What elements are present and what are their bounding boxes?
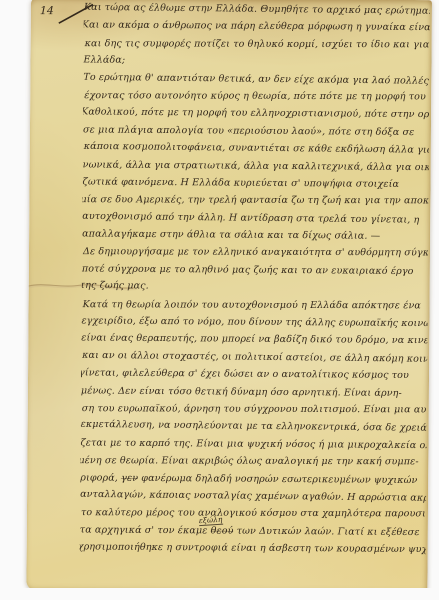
text-line: Κατά τη θεωρία λοιπόν του αυτοχθονισμού … (83, 296, 428, 315)
inserted-word: εξώλη (199, 515, 223, 526)
text-line: γίνεται, φιλελεύθερα σ' έχει δώσει αν ο … (80, 365, 428, 385)
text-line: ζεται με το καρπό της. Είναι μια ψυχική … (80, 434, 426, 454)
text-line: αυτοχθονισμό από την άλλη. Η αντίδραση σ… (82, 207, 428, 228)
text-line: μία σε δυο Αμερικές, την τρελή φαντασία … (80, 191, 428, 210)
page-number-text: 14 (40, 4, 54, 17)
scanned-manuscript-page: 14 Και τώρα ας έλθωμε στην Ελλάδα. Θυμηθ… (0, 0, 439, 600)
handwritten-text: Και τώρα ας έλθωμε στην Ελλάδα. Θυμηθήτε… (80, 0, 430, 568)
text-line: της ζωής μας. (80, 277, 428, 298)
text-line: Και αν ακόμα ο άνθρωπος να πάρη ελεύθερα… (82, 17, 430, 37)
text-line: το καλύτερο μέρος του αναλογικού κόσμου … (81, 504, 426, 523)
text-line: χρησιμοποιήθηκε η συντροφιά είναι η άσβε… (80, 538, 426, 558)
scan-margin (0, 588, 439, 600)
text-line: Δε δημιουργήσαμε με τον ελληνικό αναγκαι… (83, 244, 428, 263)
manuscript-paper: 14 Και τώρα ας έλθωμε στην Ελλάδα. Θυμηθ… (26, 0, 432, 593)
text-line: και αν οι άλλοι στοχαστές, οι πολιτικοί … (82, 347, 427, 368)
text-line: μένως. Δεν είναι τόσο θετική δύναμη όσο … (81, 382, 427, 402)
text-line: μένη σε θεωρία. Είναι ακριβώς όλως αναλο… (80, 452, 427, 471)
text-line: έχοντας τόσο αυτονόητο κύρος η θεωρία, π… (84, 87, 429, 106)
text-line: και δης τις συμφορές ποτίζει το θηλυκό κ… (85, 35, 430, 54)
